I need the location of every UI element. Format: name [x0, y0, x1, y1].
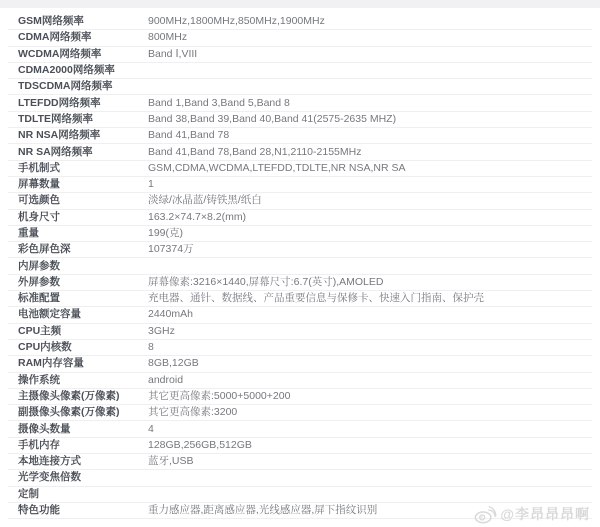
spec-label: CDMA2000网络频率: [18, 63, 148, 78]
table-row: 手机制式 GSM,CDMA,WCDMA,LTEFDD,TDLTE,NR NSA,…: [8, 161, 592, 177]
spec-label: NR SA网络频率: [18, 145, 148, 160]
spec-value: 充电器、通针、数据线、产品重要信息与保修卡、快速入门指南、保护壳: [148, 291, 592, 306]
spec-value: android: [148, 373, 592, 388]
table-row: CDMA网络频率 800MHz: [8, 30, 592, 46]
spec-label: CDMA网络频率: [18, 30, 148, 45]
spec-value: 8: [148, 340, 592, 355]
spec-value: 8GB,12GB: [148, 356, 592, 371]
spec-value: 蓝牙,USB: [148, 454, 592, 469]
table-row: 副摄像头像素(万像素) 其它更高像素:3200: [8, 405, 592, 421]
table-row: 摄像头数量 4: [8, 421, 592, 437]
spec-label: LTEFDD网络频率: [18, 96, 148, 111]
spec-label: 电池额定容量: [18, 307, 148, 322]
spec-label: 副摄像头像素(万像素): [18, 405, 148, 420]
spec-label: 内屏参数: [18, 259, 148, 274]
spec-value: Band 41,Band 78,Band 28,N1,2110-2155MHz: [148, 145, 592, 160]
spec-value: 其它更高像素:3200: [148, 405, 592, 420]
spec-label: TDLTE网络频率: [18, 112, 148, 127]
table-row: TDLTE网络频率 Band 38,Band 39,Band 40,Band 4…: [8, 112, 592, 128]
watermark-text: @李昂昂昂啊: [500, 504, 590, 524]
weibo-icon: [474, 505, 497, 524]
table-row: 可选颜色 淡绿/冰晶蓝/铸铁黑/纸白: [8, 193, 592, 209]
table-row: 标准配置 充电器、通针、数据线、产品重要信息与保修卡、快速入门指南、保护壳: [8, 291, 592, 307]
spec-label: RAM内存容量: [18, 356, 148, 371]
table-row: 定制: [8, 487, 592, 503]
table-row: 外屏参数 屏幕像素:3216×1440,屏幕尺寸:6.7(英寸),AMOLED: [8, 275, 592, 291]
spec-label: 本地连接方式: [18, 454, 148, 469]
spec-value: GSM,CDMA,WCDMA,LTEFDD,TDLTE,NR NSA,NR SA: [148, 161, 592, 176]
table-row: 屏幕数量 1: [8, 177, 592, 193]
spec-label: CPU主频: [18, 324, 148, 339]
spec-value: 163.2×74.7×8.2(mm): [148, 210, 592, 225]
table-row: 光学变焦倍数: [8, 470, 592, 486]
spec-value: Band 1,Band 3,Band 5,Band 8: [148, 96, 592, 111]
watermark: @李昂昂昂啊: [474, 504, 590, 524]
top-strip: [0, 0, 600, 8]
spec-label: 特色功能: [18, 503, 148, 518]
spec-label: 重量: [18, 226, 148, 241]
spec-value: 800MHz: [148, 30, 592, 45]
spec-value: 3GHz: [148, 324, 592, 339]
table-row: GSM网络频率 900MHz,1800MHz,850MHz,1900MHz: [8, 14, 592, 30]
spec-value: 淡绿/冰晶蓝/铸铁黑/纸白: [148, 193, 592, 208]
spec-page: GSM网络频率 900MHz,1800MHz,850MHz,1900MHz CD…: [0, 0, 600, 527]
spec-value: 其它更高像素:5000+5000+200: [148, 389, 592, 404]
spec-label: 定制: [18, 487, 148, 502]
table-row: CPU主频 3GHz: [8, 324, 592, 340]
table-row: 电池额定容量 2440mAh: [8, 307, 592, 323]
spec-label: WCDMA网络频率: [18, 47, 148, 62]
spec-label: 操作系统: [18, 373, 148, 388]
spec-value: 107374万: [148, 242, 592, 257]
spec-label: NR NSA网络频率: [18, 128, 148, 143]
spec-value: Band 38,Band 39,Band 40,Band 41(2575-263…: [148, 112, 592, 127]
spec-label: GSM网络频率: [18, 14, 148, 29]
spec-value: 199(克): [148, 226, 592, 241]
spec-label: 彩色屏色深: [18, 242, 148, 257]
spec-label: 标准配置: [18, 291, 148, 306]
table-row: CPU内核数 8: [8, 340, 592, 356]
spec-value: 900MHz,1800MHz,850MHz,1900MHz: [148, 14, 592, 29]
table-row: 手机内存 128GB,256GB,512GB: [8, 438, 592, 454]
table-row: 内屏参数: [8, 258, 592, 274]
table-row: 机身尺寸 163.2×74.7×8.2(mm): [8, 210, 592, 226]
spec-value: 1: [148, 177, 592, 192]
spec-label: 主摄像头像素(万像素): [18, 389, 148, 404]
spec-label: CPU内核数: [18, 340, 148, 355]
table-row: NR NSA网络频率 Band 41,Band 78: [8, 128, 592, 144]
spec-value: Band 41,Band 78: [148, 128, 592, 143]
spec-label: 外屏参数: [18, 275, 148, 290]
spec-label: 手机内存: [18, 438, 148, 453]
table-row: WCDMA网络频率 Band Ⅰ,VIII: [8, 47, 592, 63]
spec-value: 屏幕像素:3216×1440,屏幕尺寸:6.7(英寸),AMOLED: [148, 275, 592, 290]
spec-label: 光学变焦倍数: [18, 470, 148, 485]
table-row: 本地连接方式 蓝牙,USB: [8, 454, 592, 470]
spec-label: 可选颜色: [18, 193, 148, 208]
spec-value: 4: [148, 422, 592, 437]
spec-value: 128GB,256GB,512GB: [148, 438, 592, 453]
table-row: 主摄像头像素(万像素) 其它更高像素:5000+5000+200: [8, 389, 592, 405]
spec-table: GSM网络频率 900MHz,1800MHz,850MHz,1900MHz CD…: [8, 14, 592, 519]
table-row: LTEFDD网络频率 Band 1,Band 3,Band 5,Band 8: [8, 95, 592, 111]
table-row: 重量 199(克): [8, 226, 592, 242]
table-row: CDMA2000网络频率: [8, 63, 592, 79]
table-row: NR SA网络频率 Band 41,Band 78,Band 28,N1,211…: [8, 144, 592, 160]
table-row: 操作系统 android: [8, 373, 592, 389]
table-row: TDSCDMA网络频率: [8, 79, 592, 95]
spec-label: 机身尺寸: [18, 210, 148, 225]
table-row: RAM内存容量 8GB,12GB: [8, 356, 592, 372]
spec-label: TDSCDMA网络频率: [18, 79, 148, 94]
spec-value: 2440mAh: [148, 307, 592, 322]
spec-label: 手机制式: [18, 161, 148, 176]
spec-label: 摄像头数量: [18, 422, 148, 437]
spec-label: 屏幕数量: [18, 177, 148, 192]
table-row: 彩色屏色深 107374万: [8, 242, 592, 258]
spec-value: Band Ⅰ,VIII: [148, 47, 592, 62]
